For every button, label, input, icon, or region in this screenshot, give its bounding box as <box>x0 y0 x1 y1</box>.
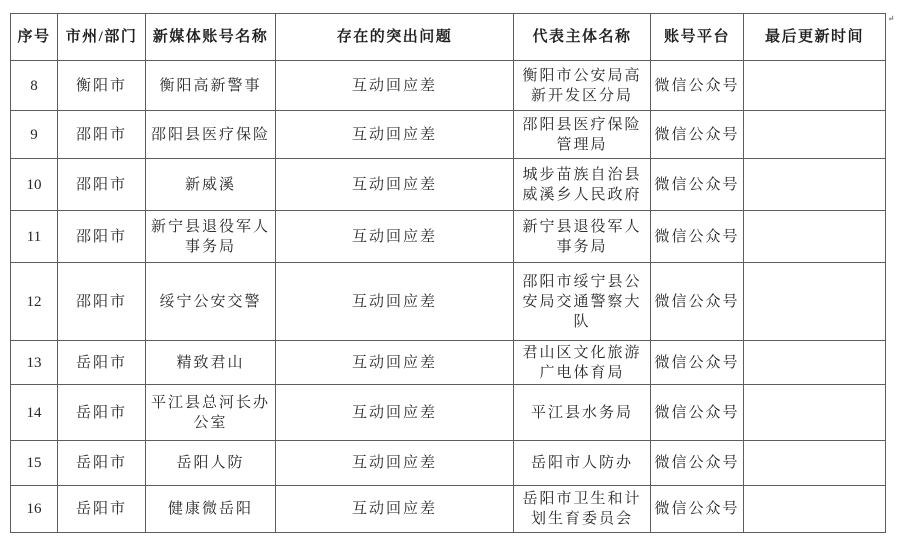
header-cell-last-update: 最后更新时间 ↵ <box>744 14 886 61</box>
cell-platform: 微信公众号 <box>651 263 744 341</box>
cell-account: 精致君山 <box>146 341 276 385</box>
table-row: 8 衡阳市 衡阳高新警事 互动回应差 衡阳市公安局高新开发区分局 微信公众号 ↵ <box>11 61 886 111</box>
cell-seq: 16 <box>11 486 58 533</box>
cell-platform: 微信公众号 <box>651 61 744 111</box>
cell-platform: 微信公众号 <box>651 111 744 159</box>
cell-city: 邵阳市 <box>58 159 146 211</box>
table-row: 15 岳阳市 岳阳人防 互动回应差 岳阳市人防办 微信公众号 ↵ <box>11 441 886 486</box>
cell-city: 衡阳市 <box>58 61 146 111</box>
table-row: 10 邵阳市 新威溪 互动回应差 城步苗族自治县威溪乡人民政府 微信公众号 ↵ <box>11 159 886 211</box>
cell-seq: 8 <box>11 61 58 111</box>
cell-problem: 互动回应差 <box>276 486 514 533</box>
cell-platform: 微信公众号 <box>651 486 744 533</box>
media-accounts-table: 序号 市州/部门 新媒体账号名称 存在的突出问题 代表主体名称 账号平台 最后更… <box>10 13 886 533</box>
header-cell-account: 新媒体账号名称 <box>146 14 276 61</box>
cell-problem: 互动回应差 <box>276 263 514 341</box>
cell-account: 邵阳县医疗保险 <box>146 111 276 159</box>
cell-platform: 微信公众号 <box>651 385 744 441</box>
cell-problem: 互动回应差 <box>276 385 514 441</box>
table-row: 11 邵阳市 新宁县退役军人事务局 互动回应差 新宁县退役军人事务局 微信公众号… <box>11 211 886 263</box>
cell-last-update: ↵ <box>744 159 886 211</box>
header-cell-seq: 序号 <box>11 14 58 61</box>
cell-entity: 衡阳市公安局高新开发区分局 <box>514 61 651 111</box>
cell-problem: 互动回应差 <box>276 341 514 385</box>
cell-last-update: ↵ <box>744 61 886 111</box>
table-row: 13 岳阳市 精致君山 互动回应差 君山区文化旅游广电体育局 微信公众号 ↵ <box>11 341 886 385</box>
cell-entity: 邵阳市绥宁县公安局交通警察大队 <box>514 263 651 341</box>
cell-last-update: ↵ <box>744 111 886 159</box>
cell-last-update: ↵ <box>744 441 886 486</box>
cell-city: 岳阳市 <box>58 441 146 486</box>
cell-problem: 互动回应差 <box>276 159 514 211</box>
cell-account: 岳阳人防 <box>146 441 276 486</box>
cell-seq: 11 <box>11 211 58 263</box>
cell-entity: 平江县水务局 <box>514 385 651 441</box>
header-cell-platform: 账号平台 <box>651 14 744 61</box>
cell-city: 岳阳市 <box>58 341 146 385</box>
cell-problem: 互动回应差 <box>276 441 514 486</box>
table-row: 9 邵阳市 邵阳县医疗保险 互动回应差 邵阳县医疗保险管理局 微信公众号 ↵ <box>11 111 886 159</box>
cell-seq: 9 <box>11 111 58 159</box>
cell-account: 新威溪 <box>146 159 276 211</box>
cell-seq: 13 <box>11 341 58 385</box>
cell-seq: 12 <box>11 263 58 341</box>
header-cell-entity: 代表主体名称 <box>514 14 651 61</box>
cell-last-update: ↵ <box>744 211 886 263</box>
cell-problem: 互动回应差 <box>276 111 514 159</box>
cell-last-update: ↵ <box>744 263 886 341</box>
cell-city: 邵阳市 <box>58 111 146 159</box>
cell-last-update: ↵ <box>744 486 886 533</box>
cell-account: 衡阳高新警事 <box>146 61 276 111</box>
table-header-row: 序号 市州/部门 新媒体账号名称 存在的突出问题 代表主体名称 账号平台 最后更… <box>11 14 886 61</box>
header-cell-text: 最后更新时间 <box>765 29 864 45</box>
header-cell-city: 市州/部门 <box>58 14 146 61</box>
cell-entity: 君山区文化旅游广电体育局 <box>514 341 651 385</box>
cell-platform: 微信公众号 <box>651 341 744 385</box>
cell-entity: 岳阳市卫生和计划生育委员会 <box>514 486 651 533</box>
cell-seq: 15 <box>11 441 58 486</box>
header-cell-problem: 存在的突出问题 <box>276 14 514 61</box>
cell-account: 绥宁公安交警 <box>146 263 276 341</box>
cell-city: 岳阳市 <box>58 385 146 441</box>
cell-last-update: ↵ <box>744 385 886 441</box>
cell-entity: 新宁县退役军人事务局 <box>514 211 651 263</box>
cell-platform: 微信公众号 <box>651 211 744 263</box>
cell-city: 岳阳市 <box>58 486 146 533</box>
cell-problem: 互动回应差 <box>276 61 514 111</box>
cell-platform: 微信公众号 <box>651 159 744 211</box>
cell-entity: 城步苗族自治县威溪乡人民政府 <box>514 159 651 211</box>
cell-city: 邵阳市 <box>58 211 146 263</box>
cell-platform: 微信公众号 <box>651 441 744 486</box>
cell-seq: 10 <box>11 159 58 211</box>
cell-seq: 14 <box>11 385 58 441</box>
cell-entity: 邵阳县医疗保险管理局 <box>514 111 651 159</box>
cell-problem: 互动回应差 <box>276 211 514 263</box>
cell-account: 平江县总河长办公室 <box>146 385 276 441</box>
cell-city: 邵阳市 <box>58 263 146 341</box>
cell-last-update: ↵ <box>744 341 886 385</box>
cell-entity: 岳阳市人防办 <box>514 441 651 486</box>
table-row: 12 邵阳市 绥宁公安交警 互动回应差 邵阳市绥宁县公安局交通警察大队 微信公众… <box>11 263 886 341</box>
cell-account: 健康微岳阳 <box>146 486 276 533</box>
table-row: 16 岳阳市 健康微岳阳 互动回应差 岳阳市卫生和计划生育委员会 微信公众号 ↵ <box>11 486 886 533</box>
cell-account: 新宁县退役军人事务局 <box>146 211 276 263</box>
table-row: 14 岳阳市 平江县总河长办公室 互动回应差 平江县水务局 微信公众号 ↵ <box>11 385 886 441</box>
